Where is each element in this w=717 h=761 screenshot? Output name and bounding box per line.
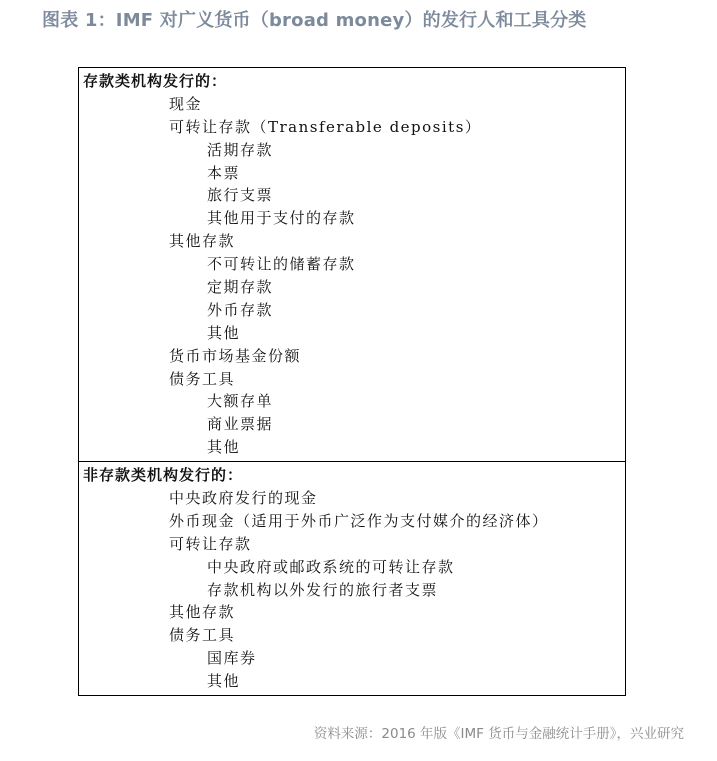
section-heading: 存款类机构发行的：: [83, 70, 625, 93]
list-item: 现金: [83, 93, 625, 116]
list-item: 中央政府发行的现金: [83, 487, 625, 510]
classification-table: 存款类机构发行的： 现金 可转让存款（Transferable deposits…: [78, 67, 626, 696]
list-item: 大额存单: [83, 390, 625, 413]
list-item: 其他存款: [83, 230, 625, 253]
list-item: 其他: [83, 436, 625, 459]
list-item: 定期存款: [83, 276, 625, 299]
list-item: 其他: [83, 322, 625, 345]
figure-title: 图表 1：IMF 对广义货币（broad money）的发行人和工具分类: [42, 6, 586, 32]
list-item: 中央政府或邮政系统的可转让存款: [83, 556, 625, 579]
list-item: 可转让存款（Transferable deposits）: [83, 116, 625, 139]
list-item: 货币市场基金份额: [83, 345, 625, 368]
list-item: 其他存款: [83, 601, 625, 624]
list-item: 其他: [83, 670, 625, 693]
list-item: 旅行支票: [83, 184, 625, 207]
list-item: 可转让存款: [83, 533, 625, 556]
list-item: 其他用于支付的存款: [83, 207, 625, 230]
list-item: 本票: [83, 162, 625, 185]
list-item: 债务工具: [83, 368, 625, 391]
section-heading: 非存款类机构发行的：: [83, 464, 625, 487]
list-item: 商业票据: [83, 413, 625, 436]
list-item: 外币存款: [83, 299, 625, 322]
list-item: 不可转让的储蓄存款: [83, 253, 625, 276]
section-non-depository-institutions: 非存款类机构发行的： 中央政府发行的现金 外币现金（适用于外币广泛作为支付媒介的…: [79, 461, 625, 695]
list-item: 外币现金（适用于外币广泛作为支付媒介的经济体）: [83, 510, 625, 533]
list-item: 债务工具: [83, 624, 625, 647]
section-depository-institutions: 存款类机构发行的： 现金 可转让存款（Transferable deposits…: [79, 68, 625, 461]
list-item: 国库券: [83, 647, 625, 670]
list-item: 活期存款: [83, 139, 625, 162]
list-item: 存款机构以外发行的旅行者支票: [83, 579, 625, 602]
source-note: 资料来源：2016 年版《IMF 货币与金融统计手册》，兴业研究: [314, 722, 684, 742]
